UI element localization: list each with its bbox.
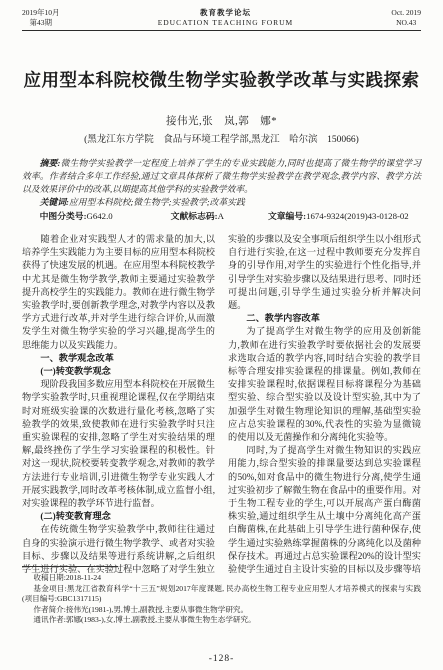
document-code: 文献标志码:A	[171, 210, 224, 223]
journal-header: 2019年10月 第43期 教育教学论坛 EDUCATION TEACHING …	[22, 8, 421, 31]
clc-value: G642.0	[87, 211, 113, 221]
abstract-paragraph: 摘要:微生物学实验教学一定程度上培养了学生的专业实践能力,同时也提高了微生物学的…	[22, 157, 421, 196]
body-paragraph: 同时,为了提高学生对微生物知识的实践应用能力,综合型实验的排课量要达到总实验课程…	[228, 444, 421, 575]
section-heading: 一、教学观念改革	[22, 352, 215, 365]
journal-name-cn: 教育教学论坛	[158, 8, 294, 18]
paper-page: 2019年10月 第43期 教育教学论坛 EDUCATION TEACHING …	[0, 0, 443, 670]
footnote-author-bio: 作者简介:接伟光(1981-),男,博士,副教授,主要从事微生物学研究。	[22, 605, 421, 616]
doc-code-label: 文献标志码:	[171, 211, 218, 221]
abstract-label: 摘要:	[40, 158, 61, 168]
footnote-block: 收稿日期:2018-11-24 基金项目:黑龙江省教育科学“十三五”规划2017…	[22, 566, 421, 626]
journal-name-en: EDUCATION TEACHING FORUM	[158, 18, 294, 28]
subsection-heading: (一)转变教学观念	[22, 365, 215, 378]
subsection-heading: (二)转变教育理念	[22, 510, 215, 523]
journal-issue-info-en: Oct. 2019 NO.43	[391, 8, 421, 27]
journal-issue-en: NO.43	[391, 18, 421, 28]
article-authors: 接伟光,张 岚,郭 娜*	[22, 113, 421, 128]
article-id-label: 文章编号:	[268, 211, 306, 221]
article-id-value: 1674-9324(2019)43-0128-02	[306, 211, 409, 221]
left-column: 随着企业对实践型人才的需求量的加大,以培养学生实践能力为主要目标的应用型本科院校…	[22, 233, 215, 575]
clc-label: 中图分类号:	[40, 211, 87, 221]
right-column: 实验的步骤以及安全事项后组织学生以小组形式自行进行实验,在这一过程中教师要充分发…	[228, 233, 421, 575]
classification-line: 中图分类号:G642.0 文献标志码:A 文章编号:1674-9324(2019…	[22, 210, 421, 223]
body-paragraph: 为了提高学生对微生物学的应用及创新能力,教师在进行实验教学时要依据社会的发展要求…	[228, 325, 421, 444]
clc-number: 中图分类号:G642.0	[40, 210, 113, 223]
doc-code-value: A	[218, 211, 224, 221]
keywords-text: 应用型本科院校;微生物学;实验教学;改革实践	[69, 197, 245, 207]
body-paragraph: 现阶段我国多数应用型本科院校在开展微生物学实验教学时,只重视理论课程,仅在学期结…	[22, 378, 215, 510]
footnote-corresponding-author: 通讯作者:郭娜(1983-),女,博士,副教授,主要从事微生物生态学研究。	[22, 615, 421, 626]
footnote-divider	[22, 566, 118, 567]
abstract-block: 摘要:微生物学实验教学一定程度上培养了学生的专业实践能力,同时也提高了微生物学的…	[22, 157, 421, 223]
journal-date-cn: 2019年10月	[22, 8, 60, 18]
keywords-label: 关键词:	[40, 197, 69, 207]
page-number: -128-	[0, 654, 443, 664]
footnote-received-date: 收稿日期:2018-11-24	[22, 573, 421, 584]
journal-issue-info-cn: 2019年10月 第43期	[22, 8, 60, 27]
body-paragraph: 随着企业对实践型人才的需求量的加大,以培养学生实践能力为主要目标的应用型本科院校…	[22, 233, 215, 352]
body-paragraph-continuation: 实验的步骤以及安全事项后组织学生以小组形式自行进行实验,在这一过程中教师要充分发…	[228, 233, 421, 312]
article-title: 应用型本科院校微生物学实验教学改革与实践探索	[22, 67, 421, 92]
abstract-text: 微生物学实验教学一定程度上培养了学生的专业实践能力,同时也提高了微生物学的课堂学…	[22, 158, 421, 194]
article-body: 随着企业对实践型人才的需求量的加大,以培养学生实践能力为主要目标的应用型本科院校…	[22, 233, 421, 575]
journal-issue-cn: 第43期	[22, 18, 60, 28]
keywords-line: 关键词:应用型本科院校;微生物学;实验教学;改革实践	[22, 196, 421, 209]
journal-name: 教育教学论坛 EDUCATION TEACHING FORUM	[158, 8, 294, 27]
journal-date-en: Oct. 2019	[391, 8, 421, 18]
section-heading: 二、教学内容改革	[228, 312, 421, 325]
article-id: 文章编号:1674-9324(2019)43-0128-02	[268, 210, 409, 223]
article-affiliation: (黑龙江东方学院 食品与环境工程学部,黑龙江 哈尔滨 150066)	[22, 131, 421, 145]
footnote-fund-project: 基金项目:黑龙江省教育科学“十三五”规划2017年度课题, 民办高校生物工程专业…	[22, 584, 421, 605]
